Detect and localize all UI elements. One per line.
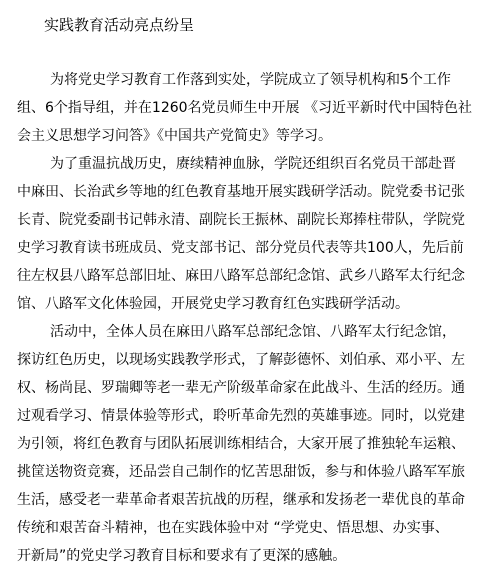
paragraph-1: 为将党史学习教育工作落到实处，学院成立了领导机构和5个工作 组、6个指导组，并在…: [17, 66, 469, 150]
text-line: 权、杨尚昆、罗瑞卿等老一辈无产阶级革命家在此战斗、生活的经历。通: [17, 374, 469, 402]
text-line: 会主义思想学习问答》《中国共产党简史》等学习。: [17, 122, 469, 150]
text-line: 生活，感受老一辈革命者艰苦抗战的历程，继承和发扬老一辈优良的革命: [17, 486, 469, 514]
text-line: 长青、院党委副书记韩永清、副院长王振林、副院长郑捧柱带队，学院党: [17, 206, 469, 234]
text-line: 中麻田、长治武乡等地的红色教育基地开展实践研学活动。院党委书记张: [17, 178, 469, 206]
text-line: 为了重温抗战历史，赓续精神血脉，学院还组织百名党员干部赴晋: [17, 150, 469, 178]
text-line: 传统和艰苦奋斗精神，也在实践体验中对 “学党史、悟思想、办实事、: [17, 514, 469, 542]
text-line: 为将党史学习教育工作落到实处，学院成立了领导机构和5个工作: [17, 66, 469, 94]
text-line: 挑筐送物资竞赛，还品尝自己制作的忆苦思甜饭，参与和体验八路军军旅: [17, 458, 469, 486]
document-body: 为将党史学习教育工作落到实处，学院成立了领导机构和5个工作 组、6个指导组，并在…: [17, 66, 469, 570]
text-line: 探访红色历史，以现场实践教学形式，了解彭德怀、刘伯承、邓小平、左: [17, 346, 469, 374]
text-line: 组、6个指导组，并在1260名党员师生中开展 《习近平新时代中国特色社: [17, 94, 469, 122]
text-line: 活动中，全体人员在麻田八路军总部纪念馆、八路军太行纪念馆，: [17, 318, 469, 346]
text-line: 开新局”的党史学习教育目标和要求有了更深的感触。: [17, 542, 469, 570]
paragraph-3: 活动中，全体人员在麻田八路军总部纪念馆、八路军太行纪念馆， 探访红色历史，以现场…: [17, 318, 469, 570]
text-line: 往左权县八路军总部旧址、麻田八路军总部纪念馆、武乡八路军太行纪念: [17, 262, 469, 290]
document-title: 实践教育活动亮点纷呈: [44, 14, 194, 36]
text-line: 为引领，将红色教育与团队拓展训练相结合，大家开展了推独轮车运粮、: [17, 430, 469, 458]
text-line: 史学习教育读书班成员、党支部书记、部分党员代表等共100人，先后前: [17, 234, 469, 262]
text-line: 馆、八路军文化体验园，开展党史学习教育红色实践研学活动。: [17, 290, 469, 318]
document-page: 实践教育活动亮点纷呈 为将党史学习教育工作落到实处，学院成立了领导机构和5个工作…: [0, 0, 483, 581]
text-line: 过观看学习、情景体验等形式，聆听革命先烈的英雄事迹。同时，以党建: [17, 402, 469, 430]
paragraph-2: 为了重温抗战历史，赓续精神血脉，学院还组织百名党员干部赴晋 中麻田、长治武乡等地…: [17, 150, 469, 318]
